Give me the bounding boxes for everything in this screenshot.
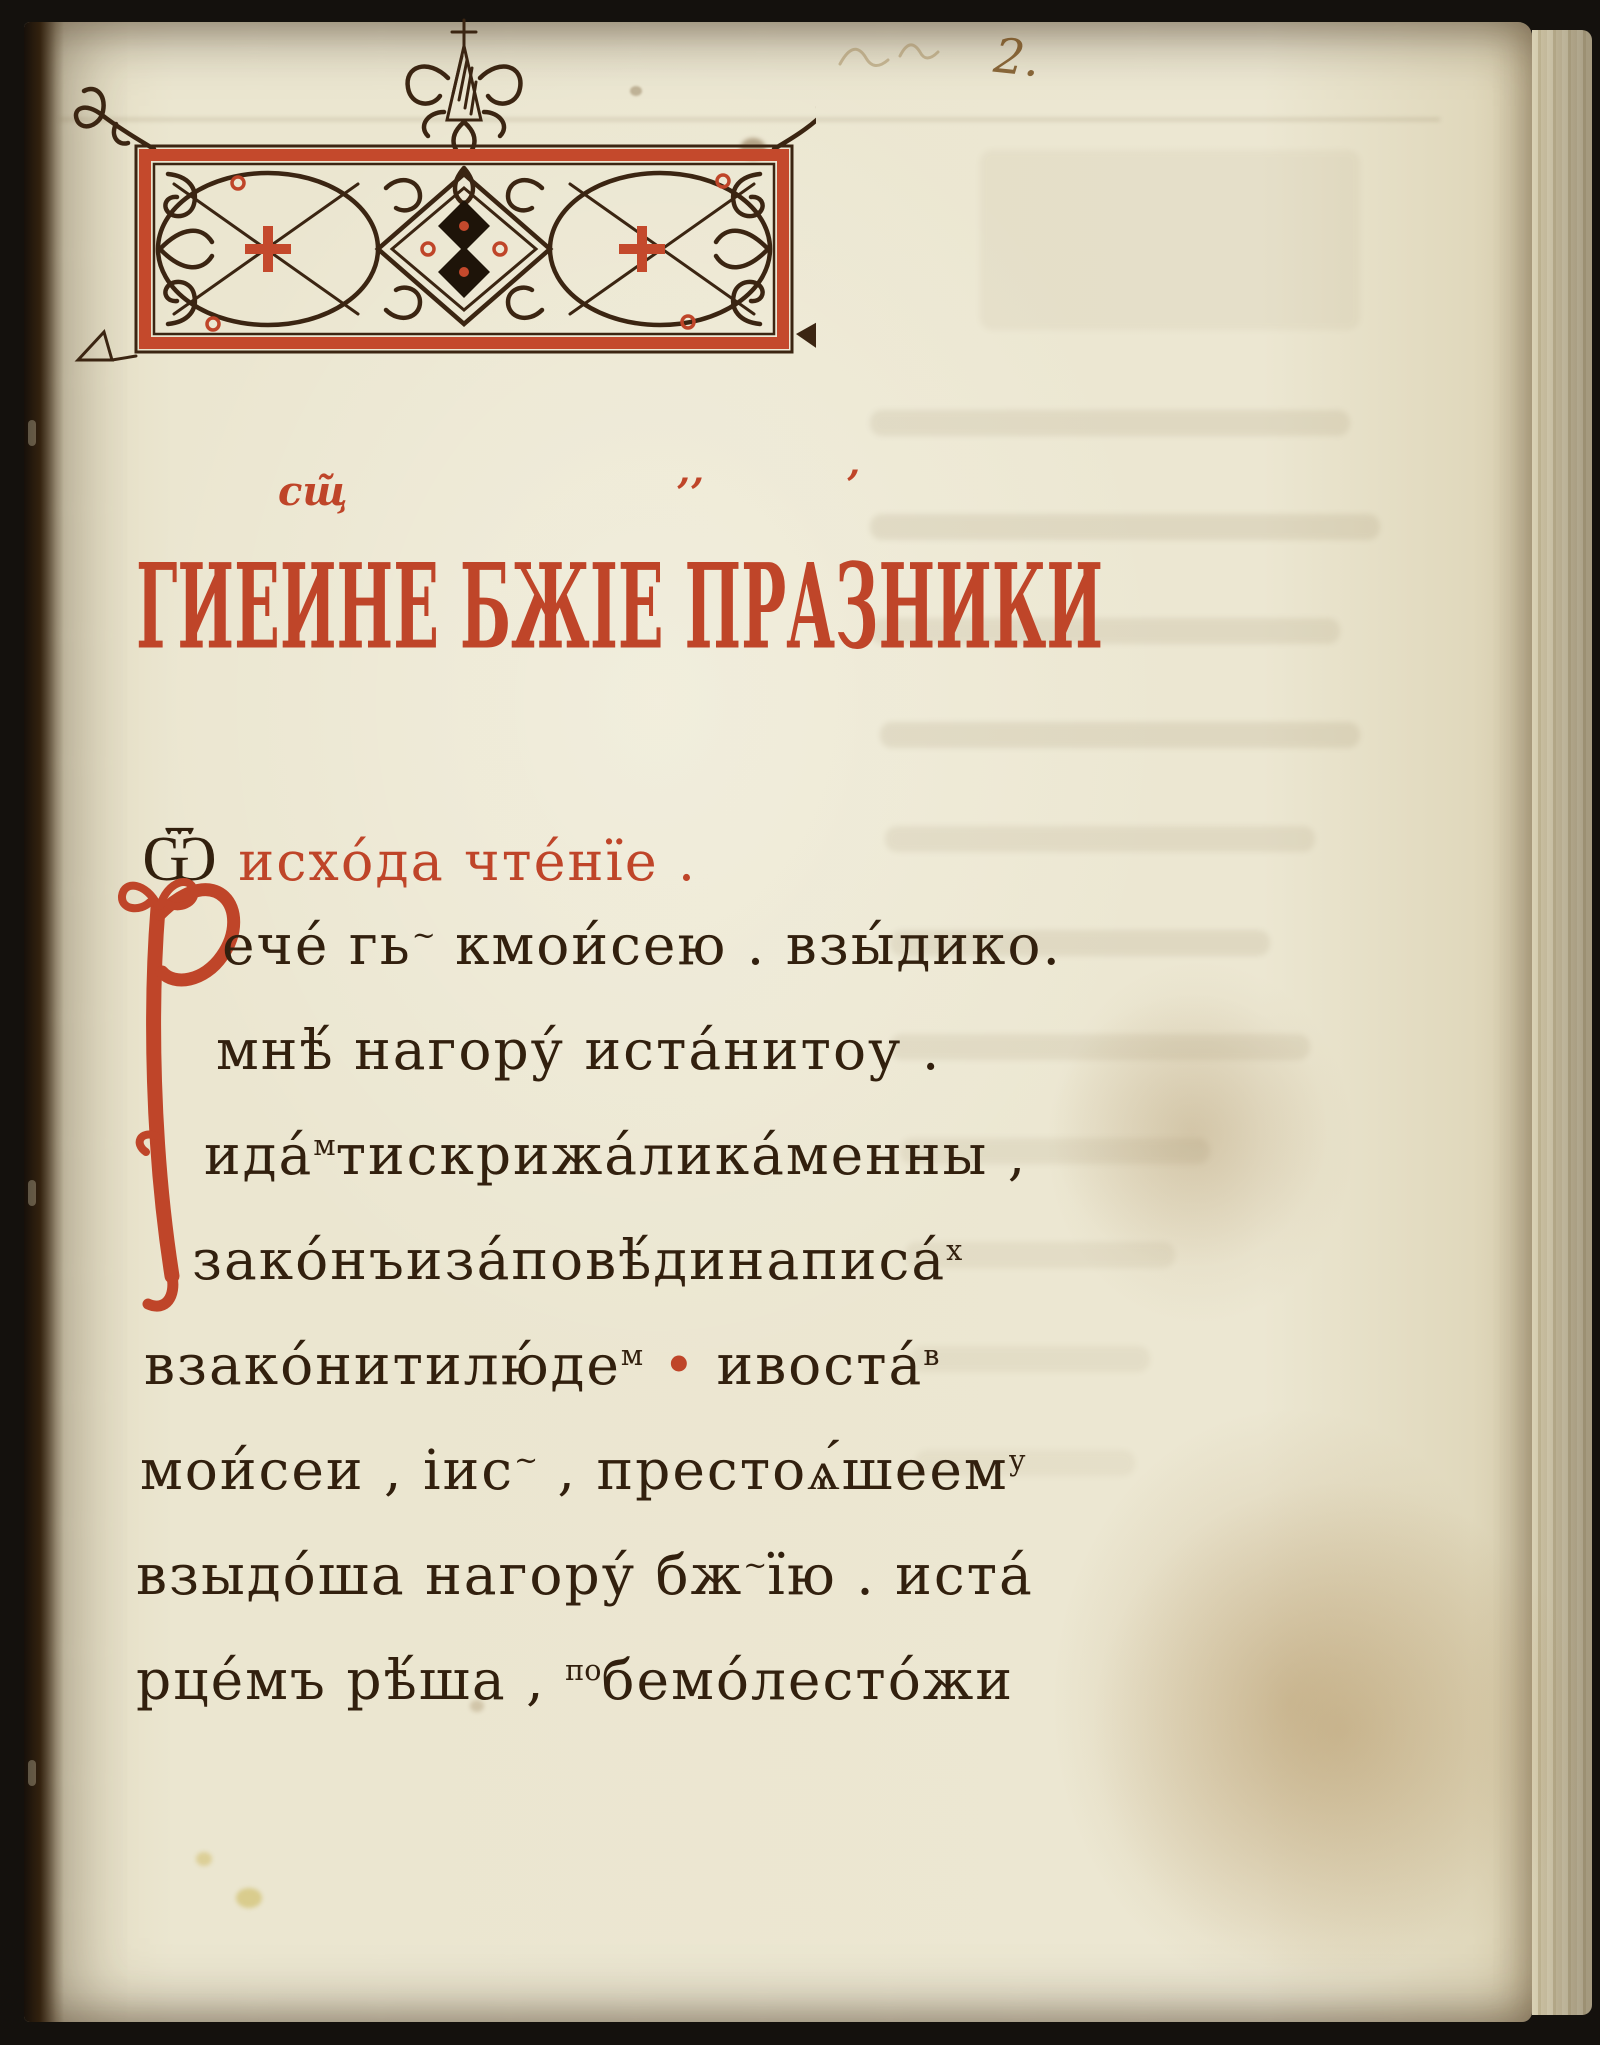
binding-stitch bbox=[28, 420, 36, 446]
superscript-letter: ~ bbox=[743, 1548, 767, 1582]
text-line: взако́нитилю́дем • ивоста́в bbox=[136, 1313, 956, 1418]
superscript-letter: м bbox=[313, 1128, 335, 1162]
cross-icon bbox=[245, 226, 291, 272]
diamond-motif bbox=[378, 174, 550, 324]
text-line: зако́нъиза́повѣ́динаписа́х bbox=[136, 1208, 956, 1313]
text-segment: ивоста́ bbox=[697, 1333, 923, 1397]
superscript-letter: ~ bbox=[412, 918, 436, 952]
text-segment: исхо́да чте́нїе . bbox=[219, 830, 697, 893]
bleed-through-ghost bbox=[870, 410, 1350, 436]
text-segment: ече́ гь bbox=[222, 913, 412, 977]
corner-mark-left bbox=[78, 332, 136, 360]
superscript-letter: у bbox=[1009, 1443, 1026, 1477]
text-line: рце́мъ рѣ́ша , побемо́лесто́жи bbox=[136, 1628, 956, 1733]
text-segment: тискрижа́лика́менны , bbox=[336, 1123, 1028, 1187]
text-segment: кмои́сею . взы́дико. bbox=[436, 913, 1062, 977]
title-vyaz: ГИЕИНЕ БЖІЕ ПРАЗНИКИ bbox=[136, 546, 896, 671]
text-line: мои́сеи , іис~ , престоѧ́шеему bbox=[136, 1418, 956, 1523]
text-line: мнѣ́ нагору́ иста́нитоу . bbox=[136, 998, 956, 1103]
text-segment: рце́мъ рѣ́ша , bbox=[136, 1648, 565, 1712]
binding-stitch bbox=[28, 1180, 36, 1206]
bleed-through-ghost bbox=[885, 826, 1315, 852]
title-superscript: ’ bbox=[846, 462, 860, 509]
text-segment: мнѣ́ нагору́ иста́нитоу . bbox=[216, 1018, 941, 1082]
text-line: ида́мтискрижа́лика́менны , bbox=[136, 1103, 956, 1208]
faint-scribble bbox=[830, 16, 1000, 96]
corner-mark-right bbox=[796, 316, 816, 352]
text-segment: бемо́лесто́жи bbox=[601, 1648, 1014, 1712]
corner-sprout-left-icon bbox=[76, 89, 154, 149]
body-text: ече́ гь~ кмои́сею . взы́дико.мнѣ́ нагору… bbox=[136, 893, 956, 1733]
binding-stitch bbox=[28, 1760, 36, 1786]
superscript-letter: по bbox=[565, 1653, 601, 1687]
bleed-through-ghost bbox=[980, 150, 1360, 330]
text-line: взыдо́ша нагору́ бж~їю . иста́ bbox=[136, 1523, 956, 1628]
bleed-through-ghost bbox=[880, 722, 1360, 748]
superscript-letter: х bbox=[946, 1233, 962, 1267]
text-segment: зако́нъиза́повѣ́динаписа́ bbox=[192, 1228, 946, 1292]
text-segment: взыдо́ша нагору́ бж bbox=[136, 1543, 743, 1607]
text-line: ече́ гь~ кмои́сею . взы́дико. bbox=[136, 893, 956, 998]
page-edges bbox=[1532, 30, 1592, 2015]
text-segment: мои́сеи , іис bbox=[140, 1438, 514, 1502]
text-segment: • bbox=[663, 1333, 697, 1397]
text-segment: їю . иста́ bbox=[767, 1543, 1034, 1607]
text-segment: взако́нитилю́де bbox=[144, 1333, 621, 1397]
folio-number: 2. bbox=[991, 28, 1042, 88]
superscript-letter: в bbox=[923, 1338, 939, 1372]
title-superscript: ’’ bbox=[676, 470, 704, 517]
title-superscript: сщ̃ bbox=[278, 468, 348, 515]
text-segment: ида́ bbox=[204, 1123, 313, 1187]
bleed-through-ghost bbox=[870, 514, 1380, 540]
corner-sprout-right-icon bbox=[774, 92, 816, 149]
cross-icon bbox=[619, 226, 665, 272]
text-segment bbox=[643, 1333, 662, 1397]
headpiece-ornament bbox=[56, 16, 816, 366]
finial-icon bbox=[408, 20, 521, 158]
text-segment: , престоѧ́шеем bbox=[538, 1438, 1009, 1502]
superscript-letter: м bbox=[621, 1338, 643, 1372]
superscript-letter: ~ bbox=[514, 1443, 538, 1477]
